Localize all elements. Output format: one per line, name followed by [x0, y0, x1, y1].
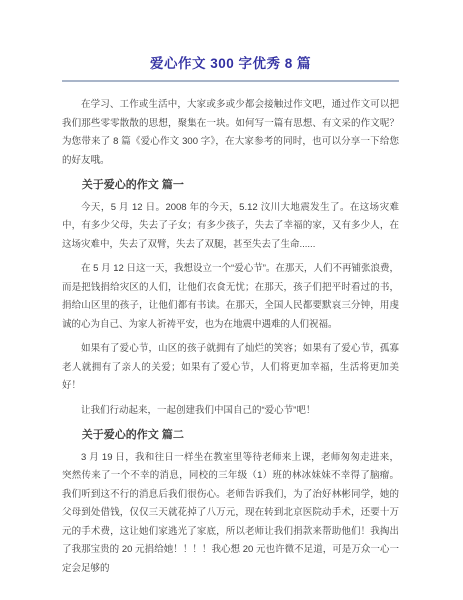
essay1-paragraph-3: 如果有了爱心节，山区的孩子就拥有了灿烂的笑容；如果有了爱心节，孤寡老人就拥有了亲…	[62, 340, 399, 396]
section-heading-2: 关于爱心的作文 篇二	[62, 426, 399, 445]
essay1-paragraph-4: 让我们行动起来，一起创建我们中国自己的“爱心节”吧！	[62, 402, 399, 421]
intro-paragraph: 在学习、工作或生活中，大家或多或少都会接触过作文吧，通过作文可以把我们那些零零散…	[62, 96, 399, 170]
essay1-paragraph-2: 在 5 月 12 日这一天，我想设立一个“爱心节”。在那天，人们不再铺张浪费，而…	[62, 260, 399, 334]
page-title: 爱心作文 300 字优秀 8 篇	[62, 53, 399, 75]
section-heading-1: 关于爱心的作文 篇一	[62, 176, 399, 195]
title-divider	[62, 80, 399, 82]
document-page: 爱心作文 300 字优秀 8 篇 在学习、工作或生活中，大家或多或少都会接触过作…	[0, 0, 463, 600]
essay2-paragraph-1: 3 月 19 日，我和往日一样坐在教室里等待老师来上课，老师匆匆走进来，突然传来…	[62, 449, 399, 579]
essay1-paragraph-1: 今天，5 月 12 日。2008 年的今天，5.12 汶川大地震发生了。在这场灾…	[62, 199, 399, 255]
